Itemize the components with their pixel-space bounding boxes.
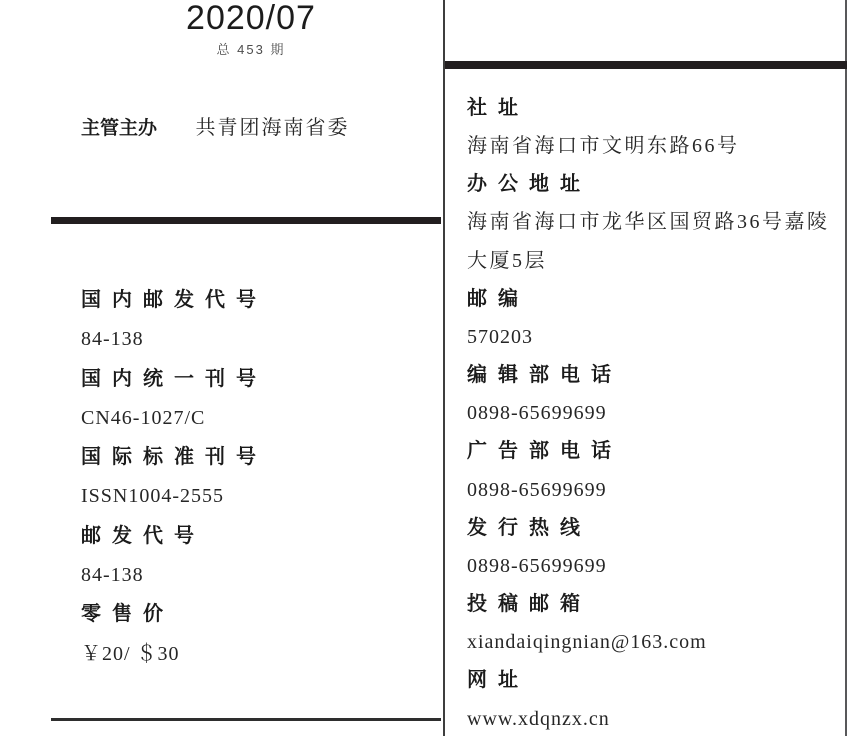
column-divider-rule	[443, 0, 445, 736]
info-label: 国内邮发代号	[81, 281, 426, 320]
info-value: 海南省海口市龙华区国贸路36号嘉陵大厦5层	[467, 203, 845, 279]
info-item: 邮编 570203	[467, 280, 845, 356]
info-item: 网址 www.xdqnzx.cn	[467, 661, 845, 736]
right-column-heavy-bar	[445, 61, 847, 69]
info-value: www.xdqnzx.cn	[467, 700, 845, 736]
info-label: 国际标准刊号	[81, 438, 426, 477]
info-value: 0898-65699699	[467, 471, 845, 509]
supervisor-row: 主管主办 共青团海南省委	[81, 111, 349, 140]
info-item: 发行热线 0898-65699699	[467, 509, 845, 585]
info-item: 广告部电话 0898-65699699	[467, 432, 845, 508]
left-column-heavy-bar	[51, 217, 441, 224]
info-label: 零售价	[81, 595, 426, 634]
issue-total-number: 总 453 期	[56, 43, 446, 57]
info-label: 广告部电话	[467, 432, 845, 470]
supervisor-label: 主管主办	[81, 113, 157, 140]
info-item: 社址 海南省海口市文明东路66号	[467, 89, 845, 165]
info-label: 办公地址	[467, 165, 845, 203]
info-item: 办公地址 海南省海口市龙华区国贸路36号嘉陵大厦5层	[467, 165, 845, 279]
info-value: 0898-65699699	[467, 547, 845, 585]
info-label: 邮发代号	[81, 517, 426, 556]
info-item: 邮发代号 84-138	[81, 517, 426, 596]
info-value: CN46-1027/C	[81, 399, 426, 438]
info-item: 国际标准刊号 ISSN1004-2555	[81, 438, 426, 517]
info-value: ￥20/ ＄30	[81, 635, 426, 674]
info-label: 投稿邮箱	[467, 585, 845, 623]
info-item: 投稿邮箱 xiandaiqingnian@163.com	[467, 585, 845, 661]
publication-codes-list: 国内邮发代号 84-138 国内统一刊号 CN46-1027/C 国际标准刊号 …	[81, 281, 426, 674]
info-label: 社址	[467, 89, 845, 127]
info-item: 零售价 ￥20/ ＄30	[81, 595, 426, 674]
info-item: 国内统一刊号 CN46-1027/C	[81, 360, 426, 439]
info-item: 国内邮发代号 84-138	[81, 281, 426, 360]
issue-header: 2020/07 总 453 期	[56, 0, 446, 57]
contact-info-list: 社址 海南省海口市文明东路66号 办公地址 海南省海口市龙华区国贸路36号嘉陵大…	[467, 89, 845, 736]
info-value: xiandaiqingnian@163.com	[467, 623, 845, 661]
info-value: 84-138	[81, 556, 426, 595]
info-label: 国内统一刊号	[81, 360, 426, 399]
info-label: 发行热线	[467, 509, 845, 547]
info-value: 0898-65699699	[467, 394, 845, 432]
info-value: 84-138	[81, 320, 426, 359]
info-label: 编辑部电话	[467, 356, 845, 394]
left-column-bottom-rule	[51, 718, 441, 721]
info-item: 编辑部电话 0898-65699699	[467, 356, 845, 432]
supervisor-value: 共青团海南省委	[195, 111, 349, 140]
issue-date: 2020/07	[56, 0, 446, 36]
info-value: ISSN1004-2555	[81, 477, 426, 516]
colophon-page: 2020/07 总 453 期 主管主办 共青团海南省委 国内邮发代号 84-1…	[0, 0, 847, 736]
info-value: 570203	[467, 318, 845, 356]
info-value: 海南省海口市文明东路66号	[467, 127, 845, 165]
info-label: 网址	[467, 661, 845, 699]
info-label: 邮编	[467, 280, 845, 318]
